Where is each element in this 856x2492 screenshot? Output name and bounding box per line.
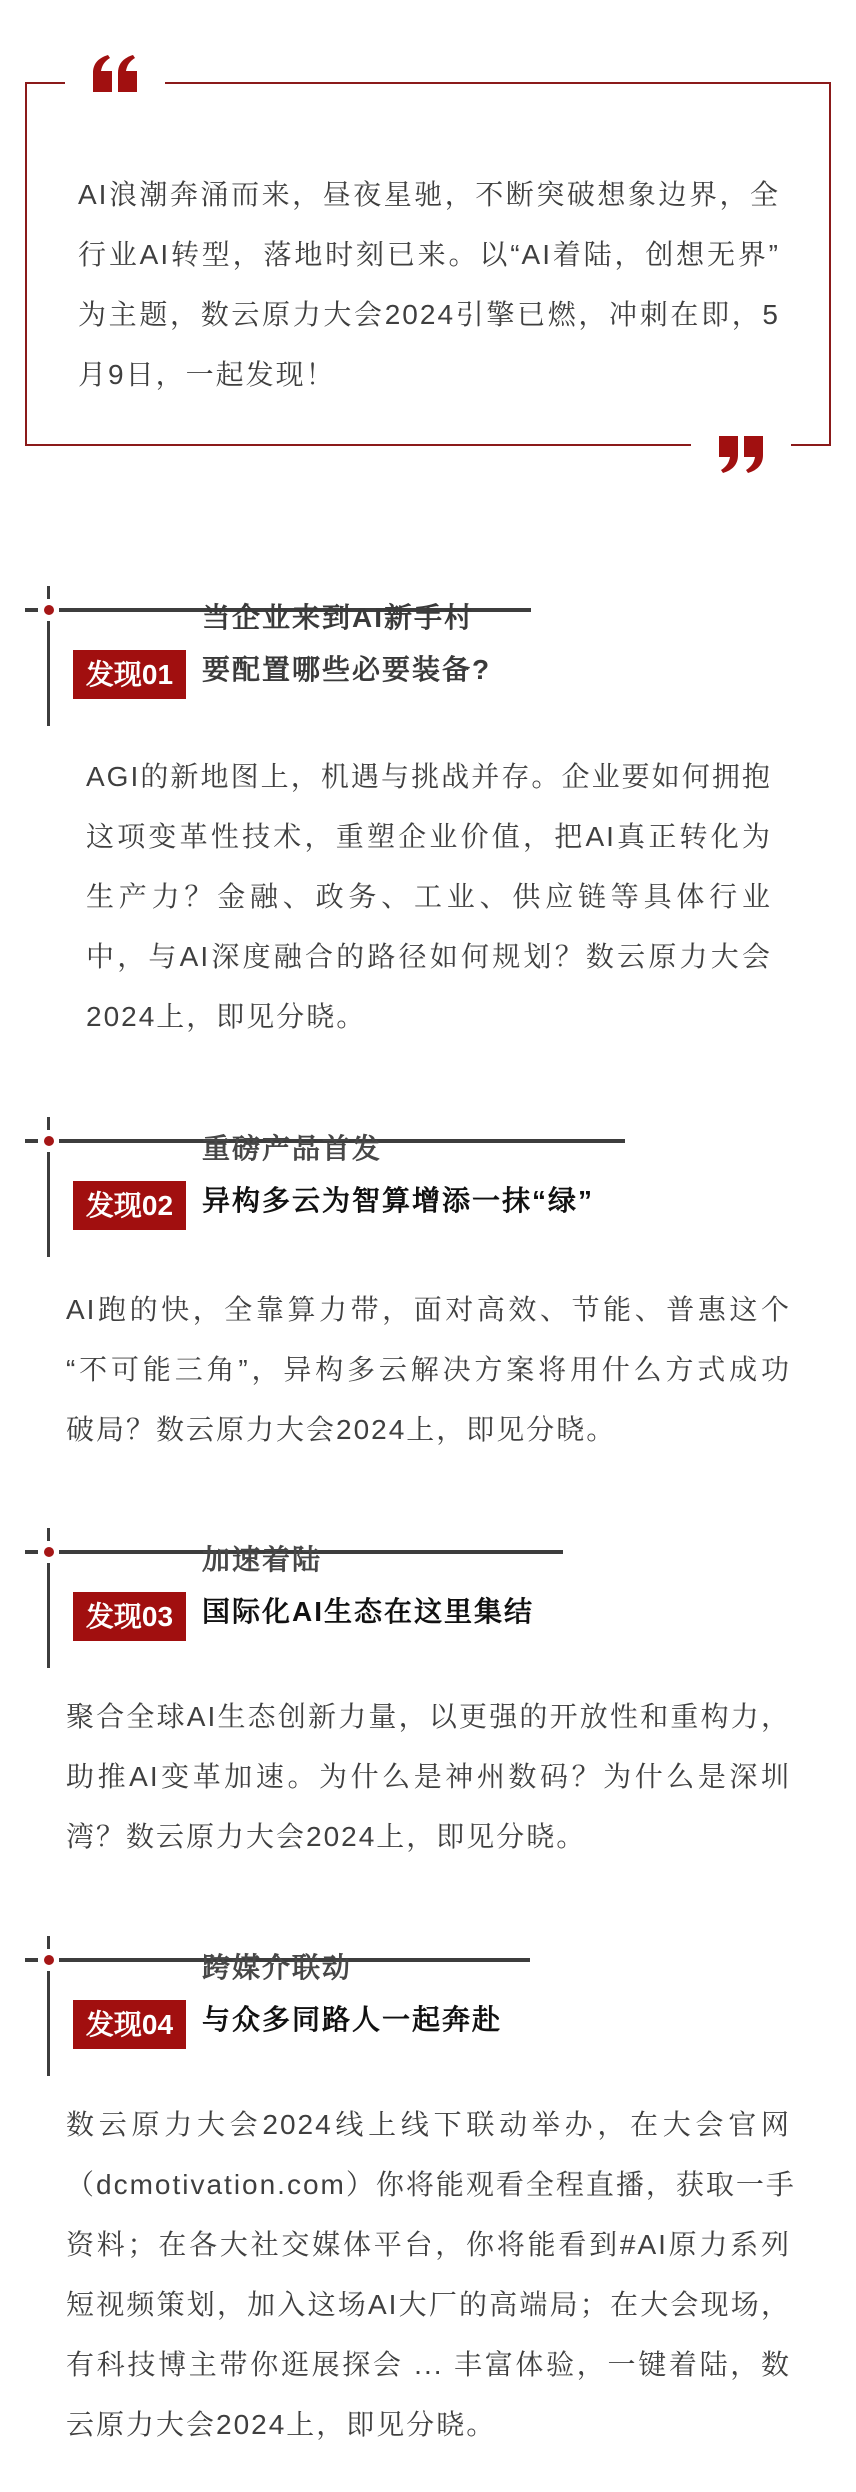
section-title: 当企业来到AI新手村 要配置哪些必要装备? (202, 592, 491, 696)
section-body: 数云原力大会2024线上线下联动举办，在大会官网 （dcmotivation.c… (66, 2095, 791, 2455)
section-title-line: 要配置哪些必要装备? (202, 644, 491, 696)
discovery-section-01: 发现01 当企业来到AI新手村 要配置哪些必要装备? AGI的新地图上，机遇与挑… (0, 580, 856, 740)
body-line: 生产力？金融、政务、工业、供应链等具体行业 (86, 867, 772, 927)
section-vertical-rule (47, 1152, 50, 1257)
discovery-section-04: 发现04 跨媒介联动 与众多同路人一起奔赴 数云原力大会2024线上线下联动举办… (0, 1930, 856, 2090)
section-rule-stub (25, 608, 38, 612)
section-badge: 发现02 (73, 1181, 186, 1230)
section-badge: 发现03 (73, 1592, 186, 1641)
section-vertical-rule (47, 1936, 50, 1949)
body-line: 有科技博主带你逛展探会 ... 丰富体验，一键着陆，数 (66, 2335, 791, 2395)
body-line: 短视频策划，加入这场AI大厂的高端局；在大会现场， (66, 2275, 791, 2335)
section-body: AI跑的快，全靠算力带，面对高效、节能、普惠这个 “不可能三角”，异构多云解决方… (66, 1280, 791, 1460)
close-quote-icon (719, 436, 763, 473)
section-rule-stub (25, 1958, 38, 1962)
section-title-line: 异构多云为智算增添一抹“绿” (202, 1175, 594, 1227)
body-line: “不可能三角”，异构多云解决方案将用什么方式成功 (66, 1340, 791, 1400)
body-line: 助推AI变革加速。为什么是神州数码？为什么是深圳 (66, 1747, 791, 1807)
body-line: 破局？数云原力大会2024上，即见分晓。 (66, 1400, 791, 1460)
body-line: AGI的新地图上，机遇与挑战并存。企业要如何拥抱 (86, 747, 772, 807)
section-title-line: 重磅产品首发 (202, 1123, 594, 1175)
section-title-line: 跨媒介联动 (202, 1942, 502, 1994)
section-vertical-rule (47, 621, 50, 726)
body-line: 数云原力大会2024线上线下联动举办，在大会官网 (66, 2095, 791, 2155)
rule-dot-icon (44, 605, 54, 615)
discovery-section-02: 发现02 重磅产品首发 异构多云为智算增添一抹“绿” AI跑的快，全靠算力带，面… (0, 1111, 856, 1271)
rule-dot-icon (44, 1955, 54, 1965)
body-line: 云原力大会2024上，即见分晓。 (66, 2395, 791, 2455)
open-quote-icon (93, 55, 137, 92)
section-vertical-rule (47, 586, 50, 599)
section-title-line: 加速着陆 (202, 1534, 534, 1586)
quote-line: 行业AI转型，落地时刻已来。以“AI着陆，创想无界” (78, 225, 780, 285)
section-badge: 发现01 (73, 650, 186, 699)
quote-line: 为主题，数云原力大会2024引擎已燃，冲刺在即，5 (78, 285, 780, 345)
section-vertical-rule (47, 1528, 50, 1541)
section-body: AGI的新地图上，机遇与挑战并存。企业要如何拥抱 这项变革性技术，重塑企业价值，… (86, 747, 772, 1047)
quote-line: AI浪潮奔涌而来，昼夜星驰，不断突破想象边界，全 (78, 165, 780, 225)
section-title: 加速着陆 国际化AI生态在这里集结 (202, 1534, 534, 1638)
rule-dot-icon (44, 1547, 54, 1557)
section-title-line: 国际化AI生态在这里集结 (202, 1586, 534, 1638)
body-line: 这项变革性技术，重塑企业价值，把AI真正转化为 (86, 807, 772, 867)
section-body: 聚合全球AI生态创新力量，以更强的开放性和重构力， 助推AI变革加速。为什么是神… (66, 1687, 791, 1867)
quote-text: AI浪潮奔涌而来，昼夜星驰，不断突破想象边界，全 行业AI转型，落地时刻已来。以… (78, 165, 780, 405)
body-line: 聚合全球AI生态创新力量，以更强的开放性和重构力， (66, 1687, 791, 1747)
section-title-line: 当企业来到AI新手村 (202, 592, 491, 644)
rule-dot-icon (44, 1136, 54, 1146)
section-rule-stub (25, 1550, 38, 1554)
section-title-line: 与众多同路人一起奔赴 (202, 1994, 502, 2046)
section-badge: 发现04 (73, 2000, 186, 2049)
body-line: 湾？数云原力大会2024上，即见分晓。 (66, 1807, 791, 1867)
body-line: 资料；在各大社交媒体平台，你将能看到#AI原力系列 (66, 2215, 791, 2275)
section-vertical-rule (47, 1971, 50, 2076)
section-title: 重磅产品首发 异构多云为智算增添一抹“绿” (202, 1123, 594, 1227)
body-line: 中，与AI深度融合的路径如何规划？数云原力大会 (86, 927, 772, 987)
section-vertical-rule (47, 1117, 50, 1130)
discovery-section-03: 发现03 加速着陆 国际化AI生态在这里集结 聚合全球AI生态创新力量，以更强的… (0, 1522, 856, 1682)
section-rule-stub (25, 1139, 38, 1143)
section-vertical-rule (47, 1563, 50, 1668)
body-line: 2024上，即见分晓。 (86, 987, 772, 1047)
section-title: 跨媒介联动 与众多同路人一起奔赴 (202, 1942, 502, 2046)
quote-line: 月9日，一起发现！ (78, 345, 780, 405)
body-line: （dcmotivation.com）你将能观看全程直播，获取一手 (66, 2155, 791, 2215)
body-line: AI跑的快，全靠算力带，面对高效、节能、普惠这个 (66, 1280, 791, 1340)
